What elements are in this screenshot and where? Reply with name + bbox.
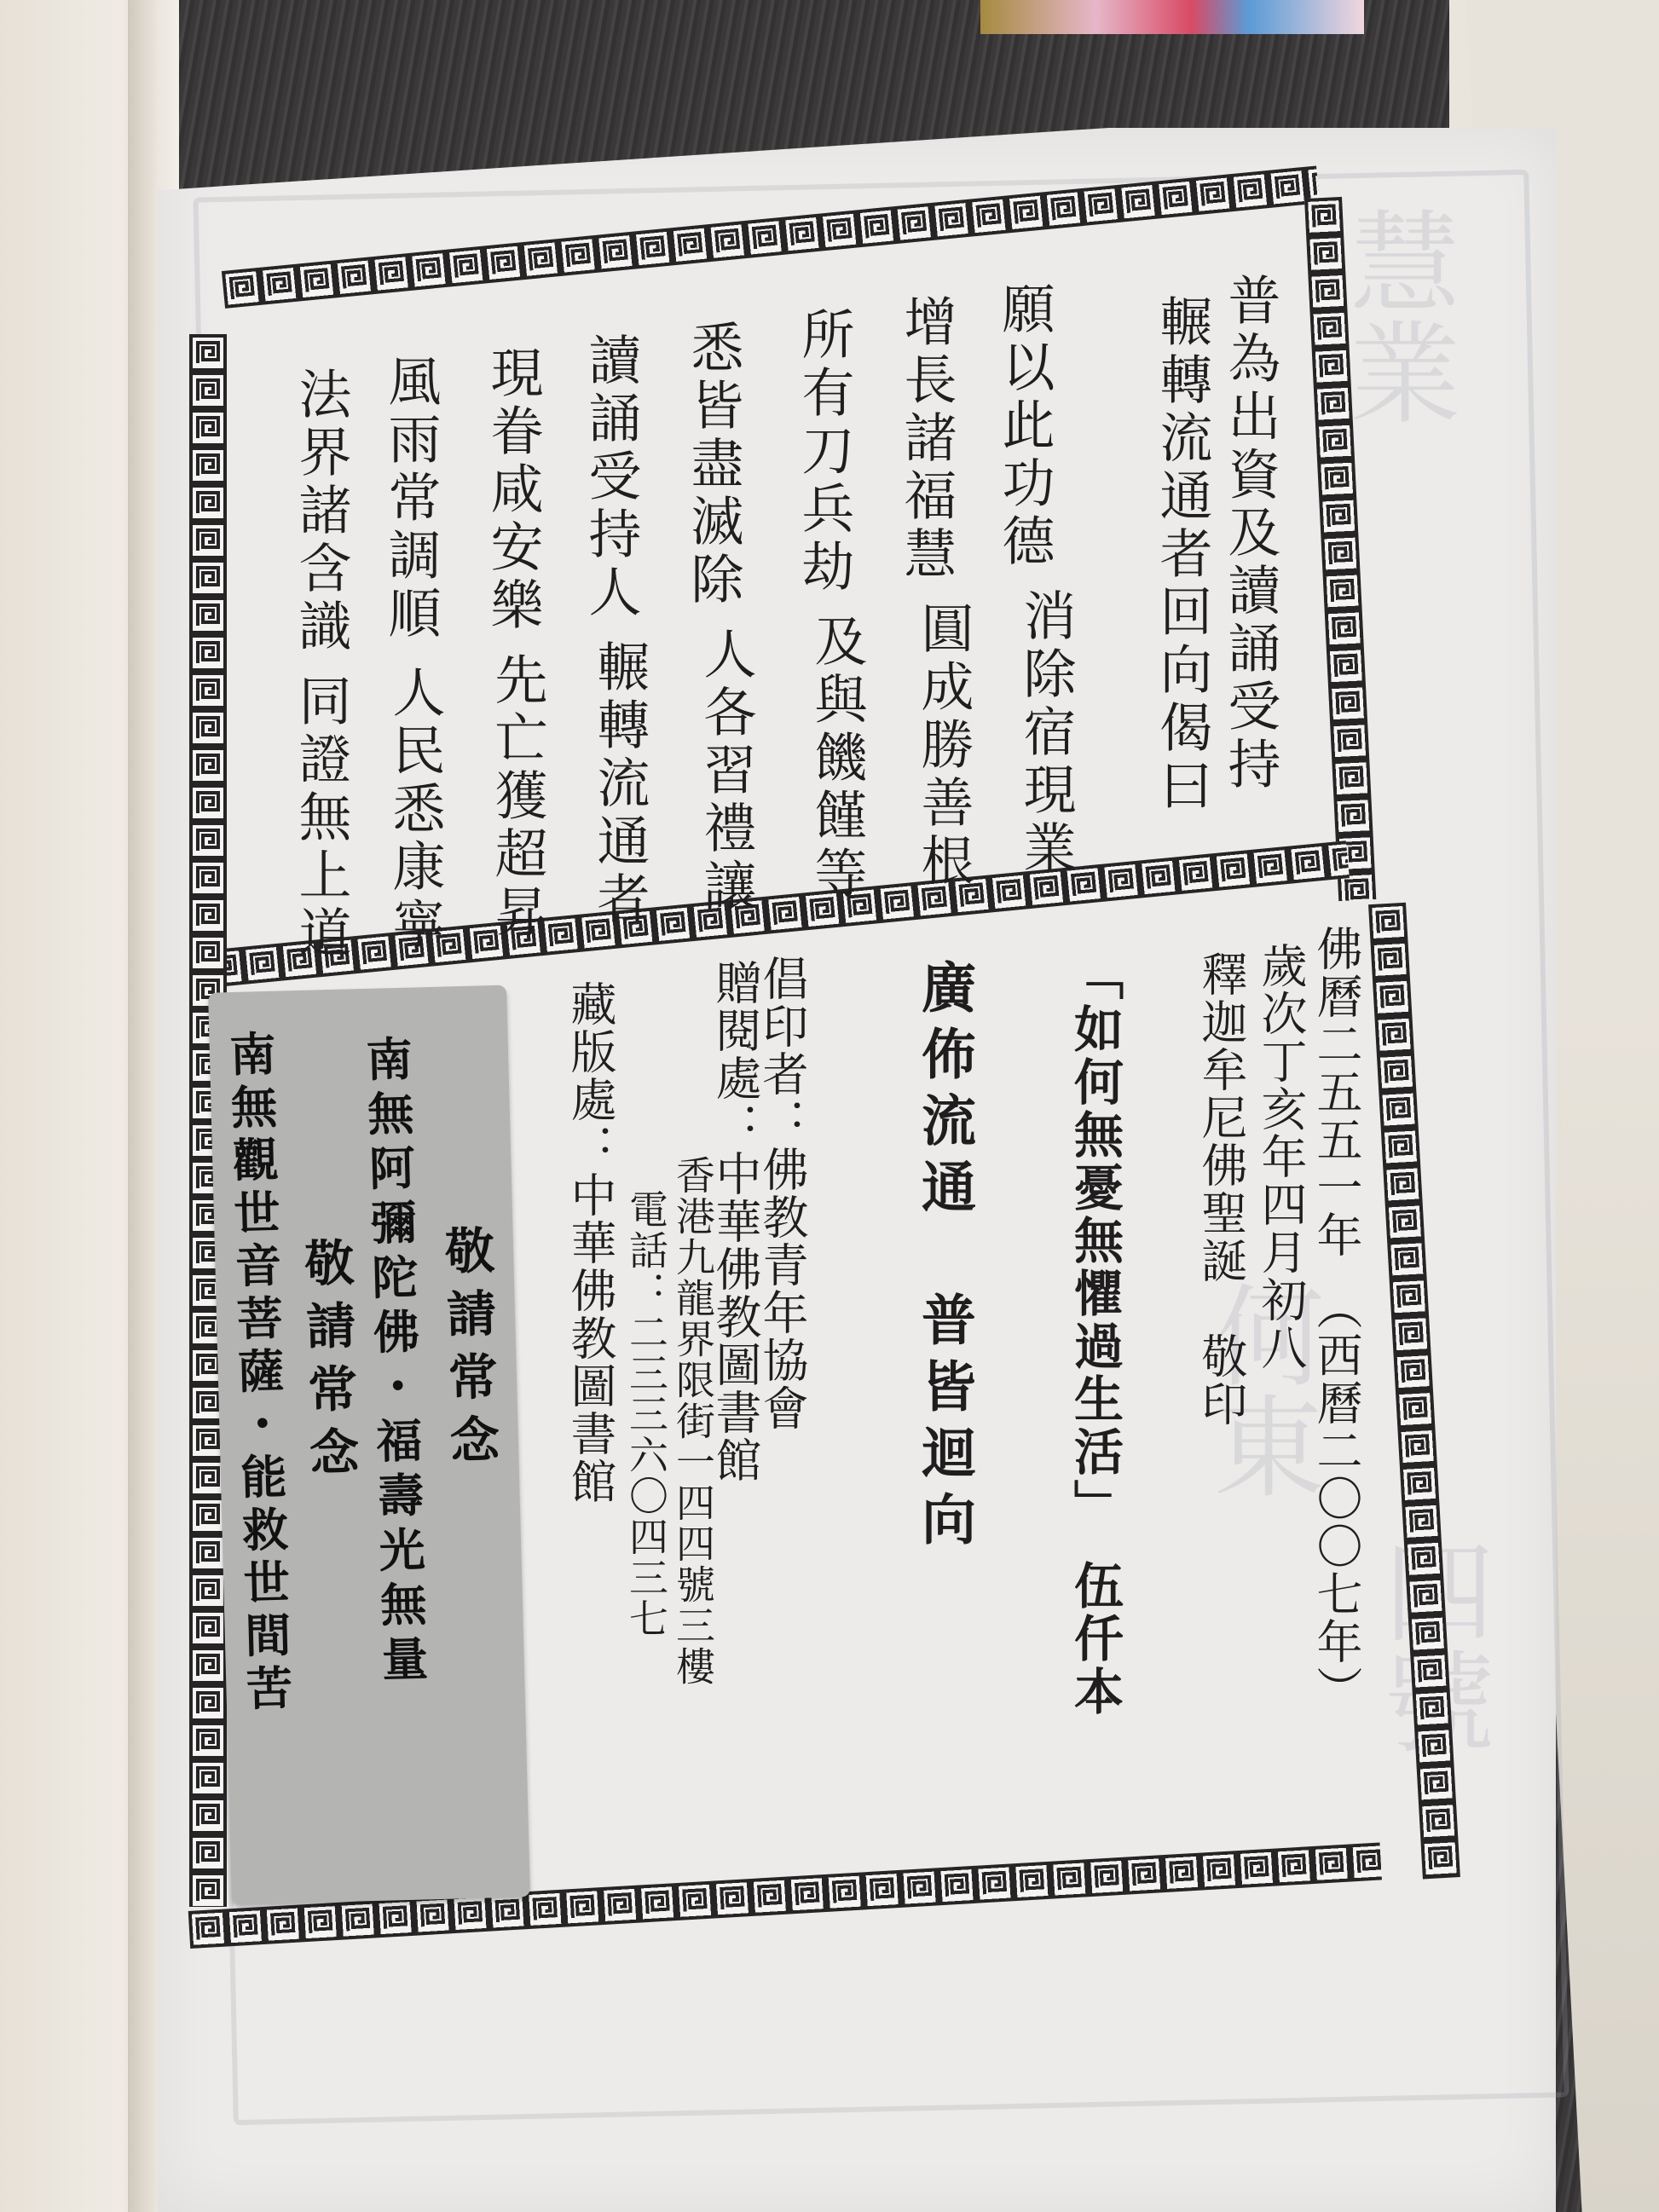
verse-top-1: 願以此功德 bbox=[997, 281, 1050, 571]
recitation-box: 敬請常念 南無阿彌陀佛・福壽光無量 敬請常念 南無觀世音菩薩・能救世間苦 bbox=[208, 985, 530, 1905]
verse-top-7: 風雨常調順 bbox=[384, 354, 436, 644]
verse-top-4: 悉皆盡滅除 bbox=[686, 320, 739, 609]
book-title-and-copies: 「如何無憂無懼過生活」 伍仟本 bbox=[1070, 950, 1119, 1718]
date-line-lunar: 歲次丁亥年四月初八 bbox=[1257, 942, 1303, 1372]
sponsor-line: 倡印者：佛教青年協會 bbox=[759, 955, 805, 1432]
background-book-cover bbox=[980, 0, 1364, 34]
verse-bottom-8: 同證無上道 bbox=[294, 673, 347, 963]
verse-bottom-1: 消除宿現業 bbox=[1019, 588, 1072, 878]
phone-line: 電話：二三三六〇四三七 bbox=[627, 1189, 666, 1639]
verse-bottom-2: 圓成勝善根 bbox=[916, 601, 969, 891]
verse-bottom-4: 人各習禮讓 bbox=[699, 627, 752, 916]
verse-top-5: 讀誦受持人 bbox=[584, 332, 637, 622]
date-line-occasion: 釋迦牟尼佛聖誕 敬印 bbox=[1198, 950, 1244, 1428]
address-line: 香港九龍界限街一四四號三樓 bbox=[673, 1155, 713, 1687]
dedication-heading-line-2: 輾轉流通者回向偈曰 bbox=[1155, 294, 1208, 816]
verse-bottom-3: 及與饑饉等 bbox=[810, 614, 863, 904]
verse-top-2: 增長諸福慧 bbox=[899, 294, 952, 584]
recitation-exhortation-1: 敬請常念 bbox=[440, 1224, 496, 1477]
distributor-line: 贈閱處：中華佛教圖書館 bbox=[712, 959, 758, 1484]
date-line-buddhist-year: 佛曆二五五一年 （西曆二〇〇七年） bbox=[1313, 925, 1359, 1713]
recitation-exhortation-2: 敬請常念 bbox=[300, 1237, 356, 1490]
verse-top-6: 現眷咸安樂 bbox=[486, 345, 539, 635]
verse-bottom-6: 先亡獲超昇 bbox=[490, 652, 543, 942]
verse-bottom-5: 輾轉流通者 bbox=[592, 639, 645, 929]
verse-top-3: 所有刀兵劫 bbox=[797, 307, 850, 597]
recitation-guanyin: 南無觀世音菩薩・能救世間苦 bbox=[226, 1030, 290, 1718]
circulation-slogan: 廣佈流通 普皆迴向 bbox=[916, 959, 971, 1557]
verse-bottom-7: 人民悉康寧 bbox=[388, 665, 441, 955]
verse-top-8: 法界諸含識 bbox=[294, 367, 347, 656]
dedication-heading-line-1: 普為出資及讀誦受持 bbox=[1223, 273, 1276, 794]
archive-line: 藏版處：中華佛教圖書館 bbox=[567, 980, 613, 1505]
recitation-amitabha: 南無阿彌陀佛・福壽光無量 bbox=[362, 1035, 425, 1690]
